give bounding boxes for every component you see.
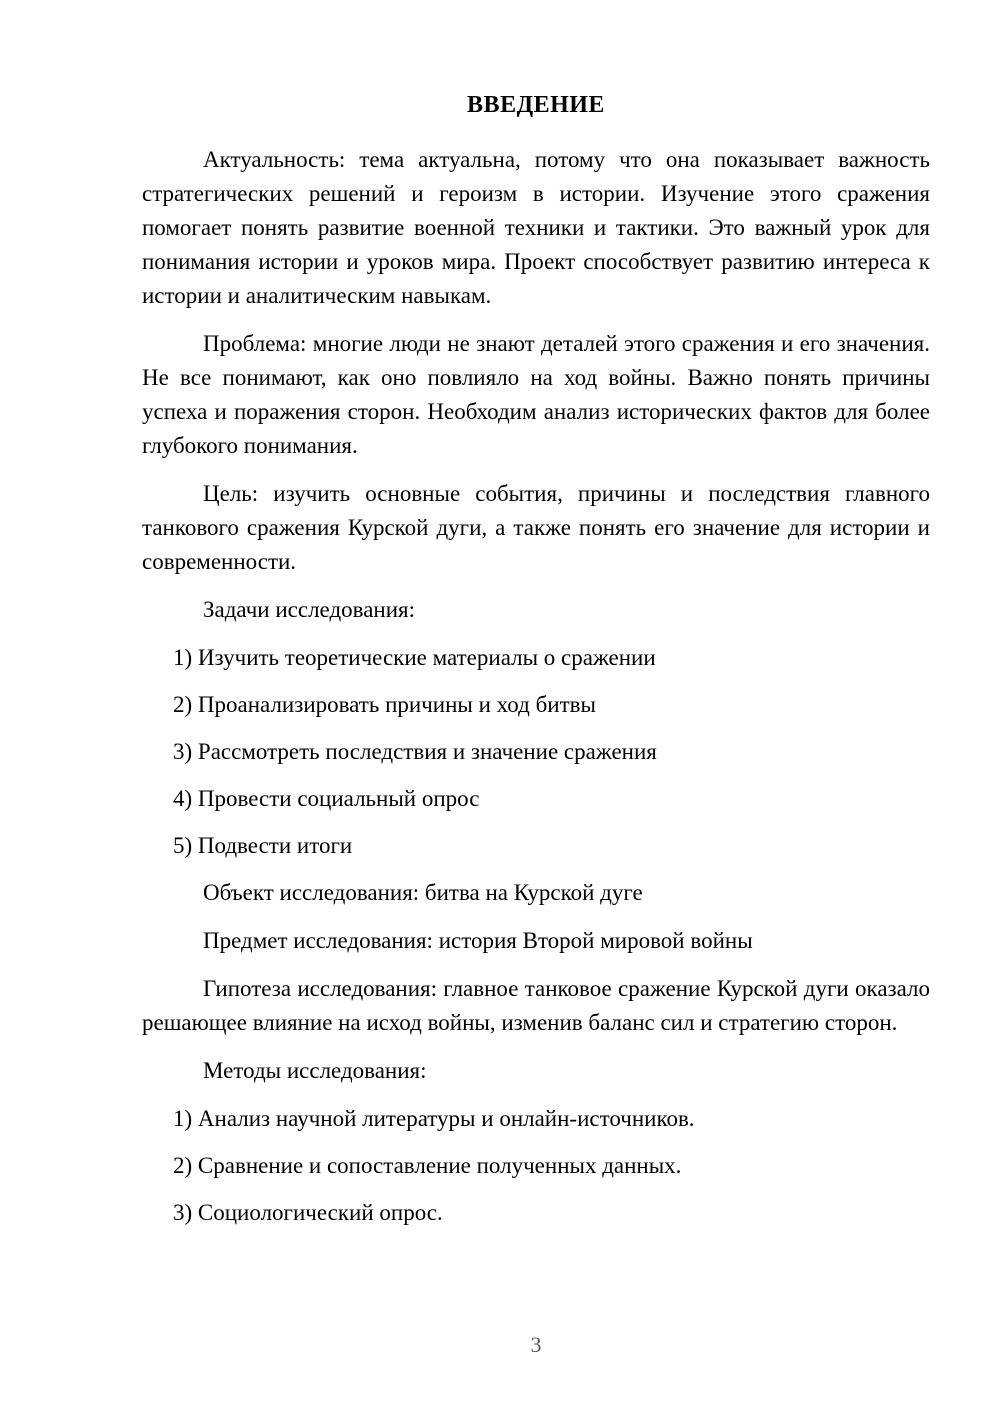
paragraph-subject: Предмет исследования: история Второй мир… <box>142 924 930 958</box>
methods-heading: Методы исследования: <box>142 1054 930 1088</box>
paragraph-goal: Цель: изучить основные события, причины … <box>142 477 930 579</box>
task-item-1: 1) Изучить теоретические материалы о сра… <box>142 641 930 675</box>
tasks-heading: Задачи исследования: <box>142 593 930 627</box>
task-item-3: 3) Рассмотреть последствия и значение ср… <box>142 735 930 769</box>
method-item-2: 2) Сравнение и сопоставление полученных … <box>142 1149 930 1183</box>
document-body: ВВЕДЕНИЕ Актуальность: тема актуальна, п… <box>142 88 930 1243</box>
task-item-5: 5) Подвести итоги <box>142 829 930 863</box>
page-number: 3 <box>142 1329 930 1361</box>
paragraph-hypothesis: Гипотеза исследования: главное танковое … <box>142 972 930 1040</box>
document-title: ВВЕДЕНИЕ <box>142 88 930 122</box>
method-item-3: 3) Социологический опрос. <box>142 1196 930 1230</box>
document-page: ВВЕДЕНИЕ Актуальность: тема актуальна, п… <box>0 0 1000 1414</box>
paragraph-problem: Проблема: многие люди не знают деталей э… <box>142 327 930 463</box>
task-item-4: 4) Провести социальный опрос <box>142 782 930 816</box>
task-item-2: 2) Проанализировать причины и ход битвы <box>142 688 930 722</box>
method-item-1: 1) Анализ научной литературы и онлайн-ис… <box>142 1102 930 1136</box>
paragraph-object: Объект исследования: битва на Курской ду… <box>142 876 930 910</box>
paragraph-actuality: Актуальность: тема актуальна, потому что… <box>142 143 930 313</box>
